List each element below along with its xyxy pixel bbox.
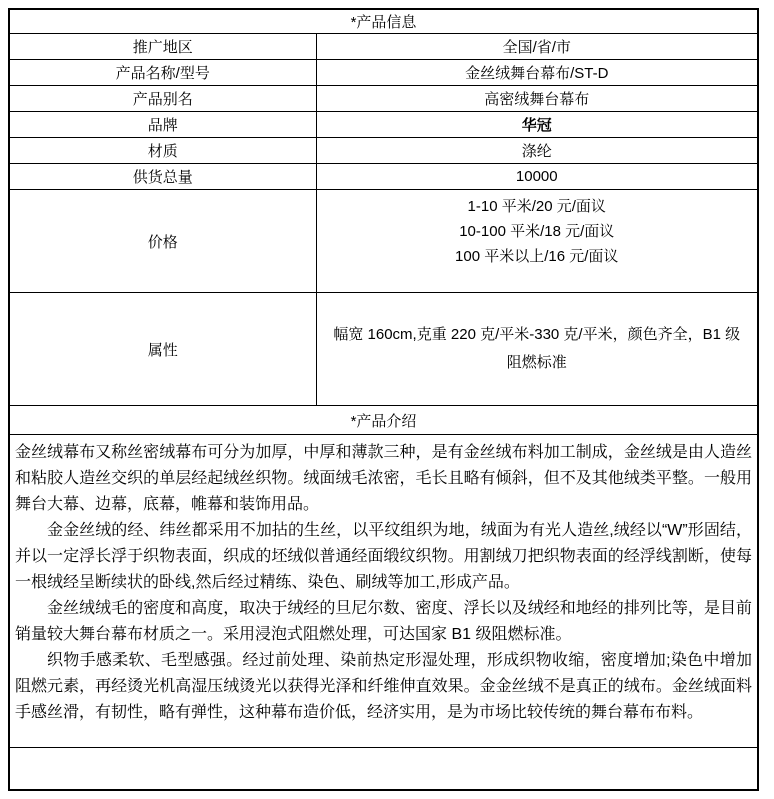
row-label-attributes: 属性 <box>9 293 316 406</box>
attributes-row: 属性 幅宽 160cm,克重 220 克/平米-330 克/平米，颜色齐全，B1… <box>9 293 758 406</box>
table-row: 产品别名 高密绒舞台幕布 <box>9 86 758 112</box>
row-value-promotion-area: 全国/省/市 <box>316 34 758 60</box>
price-tier-2: 10-100 平米/18 元/面议 <box>317 219 758 244</box>
row-label-supply-total: 供货总量 <box>9 164 316 190</box>
section-row-product-intro: *产品介绍 <box>9 406 758 435</box>
intro-paragraph-2: 金金丝绒的经、纬丝都采用不加拈的生丝，以平纹组织为地，绒面为有光人造丝,绒经以“… <box>15 518 752 596</box>
intro-row: 金丝绒幕布又称丝密绒幕布可分为加厚，中厚和薄款三种，是有金丝绒布料加工制成，金丝… <box>9 435 758 748</box>
row-value-product-alias: 高密绒舞台幕布 <box>316 86 758 112</box>
row-label-product-alias: 产品别名 <box>9 86 316 112</box>
price-row: 价格 1-10 平米/20 元/面议 10-100 平米/18 元/面议 100… <box>9 190 758 293</box>
price-tier-1: 1-10 平米/20 元/面议 <box>317 194 758 219</box>
section-title-product-intro: *产品介绍 <box>9 406 758 435</box>
table-row: 供货总量 10000 <box>9 164 758 190</box>
table-row: 推广地区 全国/省/市 <box>9 34 758 60</box>
row-value-product-name-model: 金丝绒舞台幕布/ST-D <box>316 60 758 86</box>
table-row: 品牌 华冠 <box>9 112 758 138</box>
intro-paragraph-4: 织物手感柔软、毛型感强。经过前处理、染前热定形湿处理，形成织物收缩，密度增加;染… <box>15 648 752 726</box>
product-info-table: *产品信息 推广地区 全国/省/市 产品名称/型号 金丝绒舞台幕布/ST-D 产… <box>8 8 759 791</box>
price-tier-3: 100 平米以上/16 元/面议 <box>317 244 758 269</box>
table-row: 材质 涤纶 <box>9 138 758 164</box>
section-title-product-info: *产品信息 <box>9 9 758 34</box>
row-label-material: 材质 <box>9 138 316 164</box>
row-label-brand: 品牌 <box>9 112 316 138</box>
empty-row <box>9 748 758 791</box>
row-value-material: 涤纶 <box>316 138 758 164</box>
row-value-attributes: 幅宽 160cm,克重 220 克/平米-330 克/平米，颜色齐全，B1 级阻… <box>316 293 758 406</box>
intro-text-cell: 金丝绒幕布又称丝密绒幕布可分为加厚，中厚和薄款三种，是有金丝绒布料加工制成，金丝… <box>9 435 758 748</box>
table-row: 产品名称/型号 金丝绒舞台幕布/ST-D <box>9 60 758 86</box>
row-value-supply-total: 10000 <box>316 164 758 190</box>
intro-paragraph-3: 金丝绒绒毛的密度和高度，取决于绒经的旦尼尔数、密度、浮长以及绒经和地经的排列比等… <box>15 596 752 648</box>
row-value-price: 1-10 平米/20 元/面议 10-100 平米/18 元/面议 100 平米… <box>316 190 758 293</box>
empty-cell <box>9 748 758 791</box>
row-label-price: 价格 <box>9 190 316 293</box>
row-label-promotion-area: 推广地区 <box>9 34 316 60</box>
row-value-brand: 华冠 <box>316 112 758 138</box>
row-label-product-name-model: 产品名称/型号 <box>9 60 316 86</box>
intro-paragraph-1: 金丝绒幕布又称丝密绒幕布可分为加厚，中厚和薄款三种，是有金丝绒布料加工制成，金丝… <box>15 440 752 518</box>
section-row-product-info: *产品信息 <box>9 9 758 34</box>
